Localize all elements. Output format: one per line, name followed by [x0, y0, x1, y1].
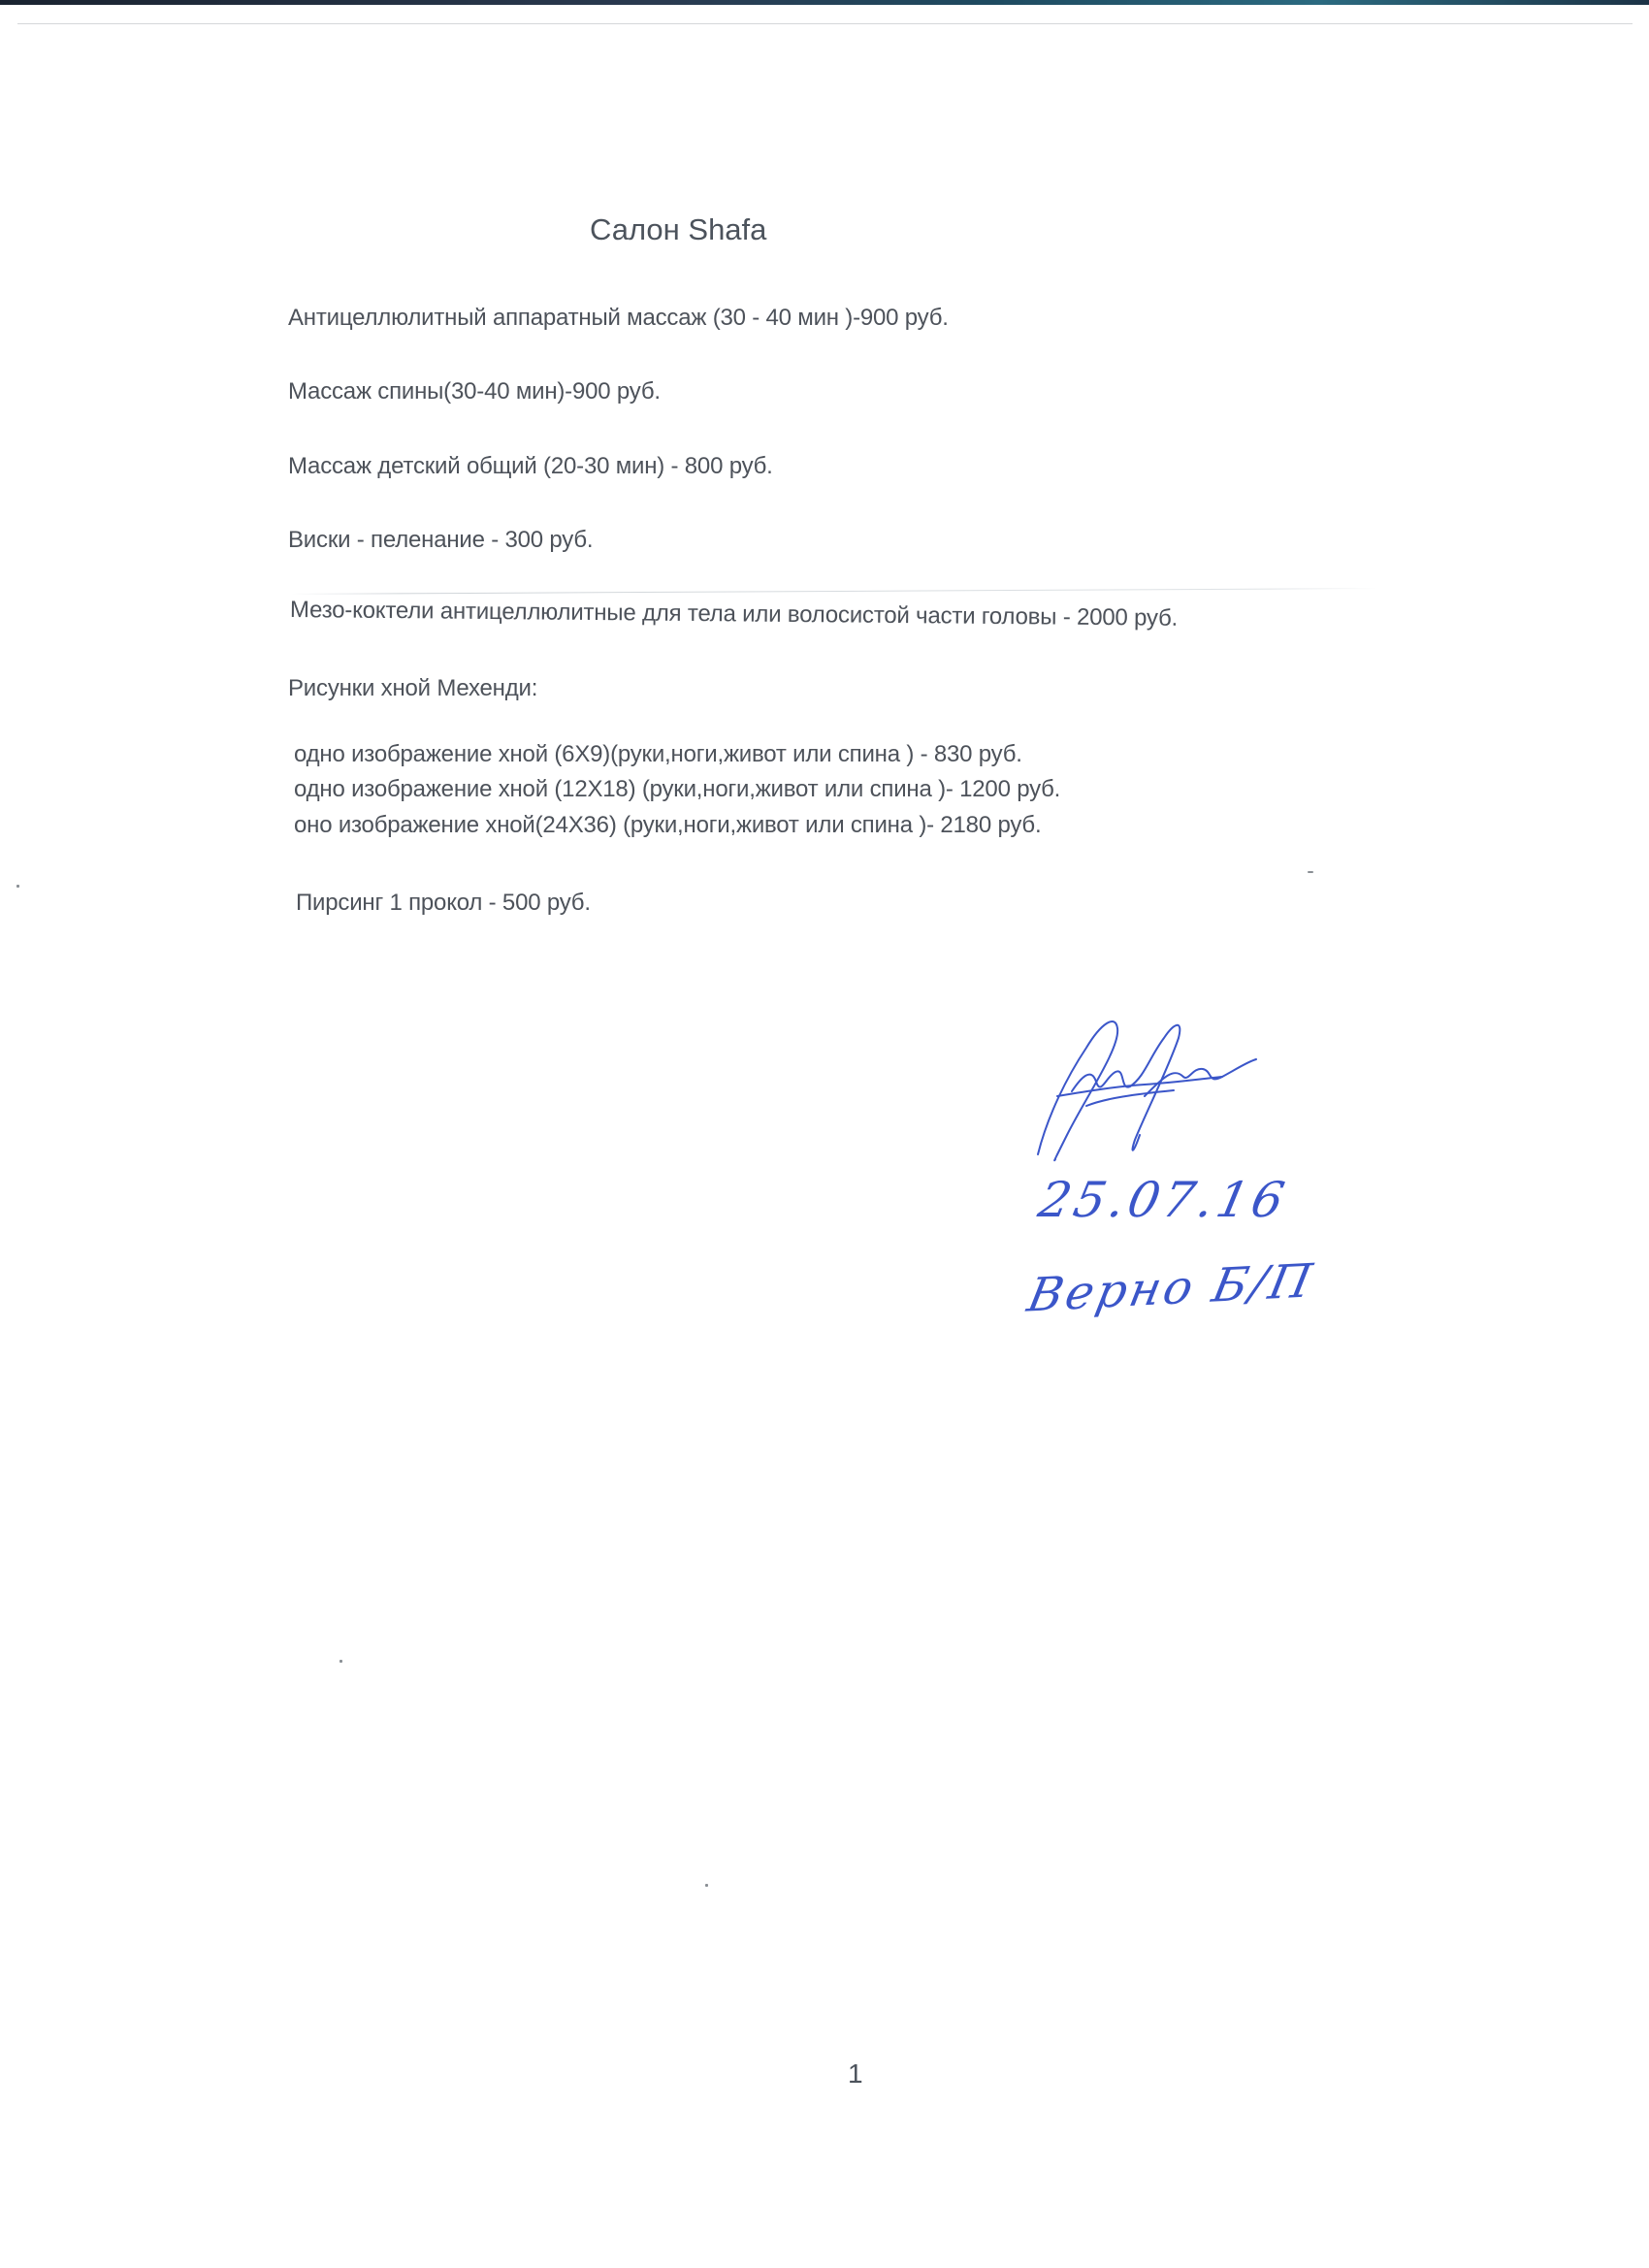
- scan-edge-top: [0, 0, 1649, 5]
- handwritten-date: 25.07.16: [1034, 1172, 1293, 1228]
- price-item-anticellulite-massage: Антицеллюлитный аппаратный массаж (30 - …: [288, 305, 949, 332]
- price-item-henna-large: оно изображение хной(24Х36) (руки,ноги,ж…: [294, 812, 1041, 839]
- scan-speck: [705, 1884, 708, 1887]
- price-item-piercing: Пирсинг 1 прокол - 500 руб.: [296, 890, 591, 917]
- signature-icon: [1028, 1009, 1261, 1174]
- section-heading-mehendi: Рисунки хной Мехенди:: [288, 675, 537, 702]
- document-title: Салон Shafa: [590, 212, 766, 247]
- page-number: 1: [848, 2058, 863, 2090]
- scan-fold-line: [291, 588, 1377, 595]
- scan-speck: [16, 885, 19, 888]
- price-item-henna-medium: одно изображение хной (12Х18) (руки,ноги…: [294, 776, 1060, 803]
- price-item-henna-small: одно изображение хной (6Х9)(руки,ноги,жи…: [294, 741, 1022, 768]
- scan-artifact-line: [17, 23, 1633, 24]
- scan-speck: [1308, 871, 1313, 873]
- handwritten-certification: Верно Б/П: [1023, 1253, 1319, 1322]
- price-item-back-massage: Массаж спины(30-40 мин)-900 руб.: [288, 378, 661, 405]
- price-item-child-massage: Массаж детский общий (20-30 мин) - 800 р…: [288, 453, 773, 480]
- price-item-wrapping: Виски - пеленание - 300 руб.: [288, 527, 593, 554]
- price-item-meso-cocktails: Мезо-коктели антицеллюлитные для тела ил…: [290, 597, 1178, 632]
- scan-speck: [339, 1660, 342, 1663]
